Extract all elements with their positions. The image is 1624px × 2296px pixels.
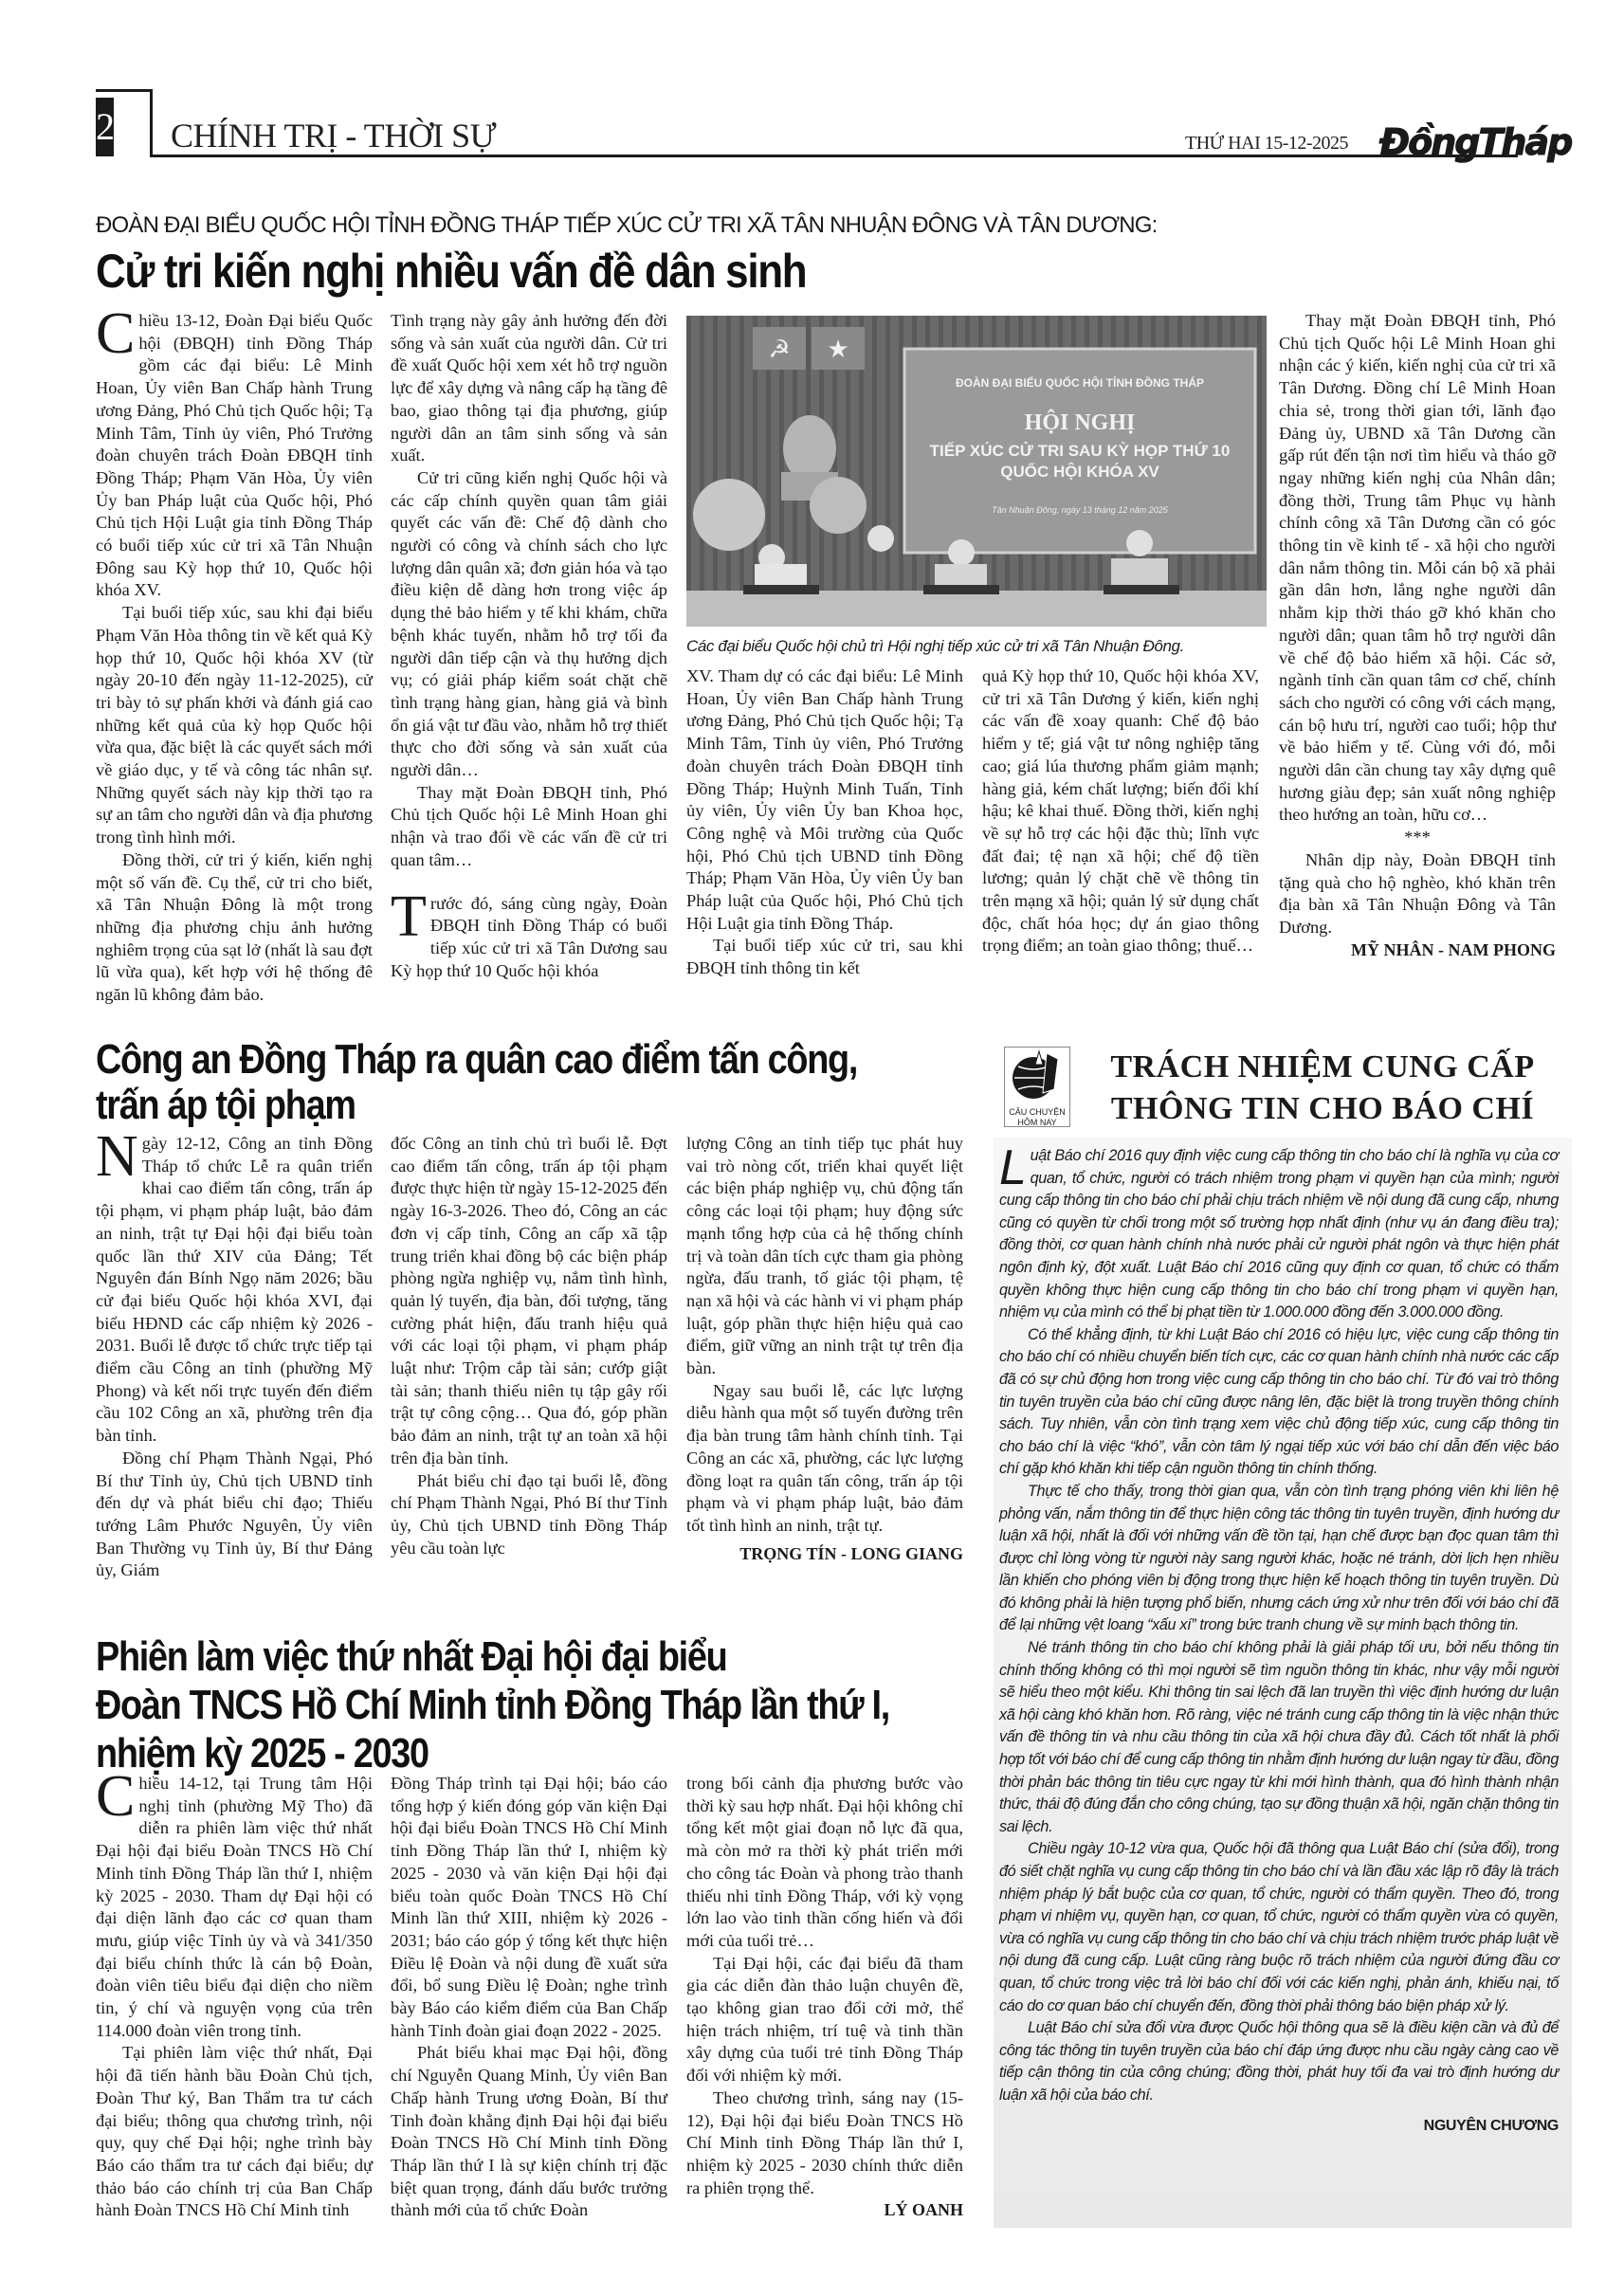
svg-text:Tân Nhuận Đông, ngày 13 tháng: Tân Nhuận Đông, ngày 13 tháng 12 năm 202… xyxy=(992,505,1169,515)
paragraph: Phát biểu chỉ đạo tại buổi lễ, đồng chí … xyxy=(391,1470,667,1560)
headline-line: trấn áp tội phạm xyxy=(96,1083,993,1128)
masthead-rule-top xyxy=(96,89,153,92)
article3-column-2: Đồng Tháp trình tại Đại hội; báo cáo tổn… xyxy=(391,1773,667,2222)
headline-line: Công an Đồng Tháp ra quân cao điểm tấn c… xyxy=(96,1037,993,1083)
conference-photo-illustration: ☭ ★ ĐOÀN ĐẠI BIỂU QUỐC HỘI TỈNH ĐỒNG THÁ… xyxy=(686,316,1267,627)
newspaper-logo: ĐồngTháp xyxy=(1379,121,1571,163)
paragraph: Đồng chí Phạm Thành Ngại, Phó Bí thư Tỉn… xyxy=(96,1448,373,1582)
section-title: CHÍNH TRỊ - THỜI SỰ xyxy=(171,116,496,155)
article1-column-3: XV. Tham dự có các đại biểu: Lê Minh Hoa… xyxy=(686,665,963,980)
byline: MỸ NHÂN - NAM PHONG xyxy=(1279,939,1556,962)
paragraph: XV. Tham dự có các đại biểu: Lê Minh Hoa… xyxy=(686,665,963,935)
article1-photo[interactable]: ☭ ★ ĐOÀN ĐẠI BIỂU QUỐC HỘI TỈNH ĐỒNG THÁ… xyxy=(686,316,1267,627)
paragraph: Tại buổi tiếp xúc cử tri, sau khi ĐBQH t… xyxy=(686,935,963,979)
title-line: TRÁCH NHIỆM CUNG CẤP xyxy=(1086,1047,1560,1088)
headline-line: nhiệm kỳ 2025 - 2030 xyxy=(96,1729,993,1777)
svg-text:★: ★ xyxy=(827,336,848,364)
svg-text:TIẾP XÚC CỬ TRI SAU KỲ HỌP THỨ: TIẾP XÚC CỬ TRI SAU KỲ HỌP THỨ 10 xyxy=(930,442,1231,460)
article2-column-2: đốc Công an tỉnh chủ trì buổi lễ. Đợt ca… xyxy=(391,1133,667,1559)
paragraph: Nhân dịp này, Đoàn ĐBQH tỉnh tặng quà ch… xyxy=(1279,849,1556,939)
headline-line: Đoàn TNCS Hồ Chí Minh tỉnh Đồng Tháp lần… xyxy=(96,1681,993,1729)
paragraph: Né tránh thông tin cho báo chí không phả… xyxy=(999,1637,1559,1838)
headline-line: Phiên làm việc thứ nhất Đại hội đại biểu xyxy=(96,1632,993,1681)
article1-column-4: quả Kỳ họp thứ 10, Quốc hội khóa XV, cử … xyxy=(982,665,1259,957)
paragraph: trong bối cảnh địa phương bước vào thời … xyxy=(686,1773,963,1953)
paragraph: Chiều ngày 10-12 vừa qua, Quốc hội đã th… xyxy=(999,1838,1559,2017)
paragraph: Tình trạng này gây ảnh hưởng đến đời sốn… xyxy=(391,310,667,467)
article1-kicker: ĐOÀN ĐẠI BIỂU QUỐC HỘI TỈNH ĐỒNG THÁP TI… xyxy=(96,212,1158,239)
paragraph: Phát biểu khai mạc Đại hội, đồng chí Ngu… xyxy=(391,2042,667,2222)
paragraph: Ngay sau buổi lễ, các lực lượng diễu hàn… xyxy=(686,1380,963,1538)
paragraph: hiều 13-12, Đoàn Đại biểu Quốc hội (ĐBQH… xyxy=(96,311,373,599)
article3-column-1: Chiều 14-12, tại Trung tâm Hội nghị tỉnh… xyxy=(96,1773,373,2222)
svg-text:☭: ☭ xyxy=(768,336,790,364)
paragraph: Tại buổi tiếp xúc, sau khi đại biểu Phạm… xyxy=(96,602,373,849)
dropcap: N xyxy=(96,1135,138,1178)
svg-text:ĐOÀN ĐẠI BIỂU QUỐC HỘI TỈNH ĐỒ: ĐOÀN ĐẠI BIỂU QUỐC HỘI TỈNH ĐỒNG THÁP xyxy=(956,375,1204,390)
paragraph: uật Báo chí 2016 quy định việc cung cấp … xyxy=(999,1147,1559,1321)
page-number: 2 xyxy=(96,98,114,156)
article2-headline[interactable]: Công an Đồng Tháp ra quân cao điểm tấn c… xyxy=(96,1037,993,1129)
article2-column-3: lượng Công an tỉnh tiếp tục phát huy vai… xyxy=(686,1133,963,1565)
svg-text:HỘI NGHỊ: HỘI NGHỊ xyxy=(1025,410,1136,435)
paragraph: Theo chương trình, sáng nay (15-12), Đại… xyxy=(686,2087,963,2200)
issue-date: THỨ HAI 15-12-2025 xyxy=(1185,133,1348,155)
masthead-rule-vertical xyxy=(150,89,153,157)
byline: TRỌNG TÍN - LONG GIANG xyxy=(686,1543,963,1566)
byline: NGUYÊN CHƯƠNG xyxy=(999,2115,1559,2138)
article3-headline[interactable]: Phiên làm việc thứ nhất Đại hội đại biểu… xyxy=(96,1632,993,1777)
paragraph: Luật Báo chí sửa đổi vừa được Quốc hội t… xyxy=(999,2017,1559,2106)
paragraph: Đồng Tháp trình tại Đại hội; báo cáo tổn… xyxy=(391,1773,667,2042)
svg-text:QUỐC HỘI KHÓA XV: QUỐC HỘI KHÓA XV xyxy=(1000,462,1159,481)
article1-column-1: Chiều 13-12, Đoàn Đại biểu Quốc hội (ĐBQ… xyxy=(96,310,373,1007)
article2-column-1: Ngày 12-12, Công an tỉnh Đồng Tháp tổ ch… xyxy=(96,1133,373,1582)
article1-headline[interactable]: Cử tri kiến nghị nhiều vấn đề dân sinh xyxy=(96,245,806,298)
opinion-body: Luật Báo chí 2016 quy định việc cung cấp… xyxy=(999,1145,1559,2137)
article1-column-2: Tình trạng này gây ảnh hưởng đến đời sốn… xyxy=(391,310,667,982)
byline: LÝ OANH xyxy=(686,2199,963,2222)
paragraph: đốc Công an tỉnh chủ trì buổi lễ. Đợt ca… xyxy=(391,1133,667,1470)
article1-column-5: Thay mặt Đoàn ĐBQH tỉnh, Phó Chủ tịch Qu… xyxy=(1279,310,1556,961)
photo-caption: Các đại biểu Quốc hội chủ trì Hội nghị t… xyxy=(686,637,1184,656)
separator-stars: *** xyxy=(1279,827,1556,849)
paragraph: Tại Đại hội, các đại biểu đã tham gia cá… xyxy=(686,1953,963,2087)
paragraph: hiều 14-12, tại Trung tâm Hội nghị tỉnh … xyxy=(96,1774,373,2040)
paragraph: Thay mặt Đoàn ĐBQH tỉnh, Phó Chủ tịch Qu… xyxy=(391,782,667,872)
paragraph: Thay mặt Đoàn ĐBQH tỉnh, Phó Chủ tịch Qu… xyxy=(1279,310,1556,827)
logo-label: CÂU CHUYỆN xyxy=(1005,1107,1069,1118)
dropcap: L xyxy=(999,1148,1027,1188)
paragraph: Thực tế cho thấy, trong thời gian qua, v… xyxy=(999,1481,1559,1637)
logo-label: HÔM NAY xyxy=(1005,1118,1069,1128)
dropcap: T xyxy=(391,895,427,938)
article3-column-3: trong bối cảnh địa phương bước vào thời … xyxy=(686,1773,963,2222)
paragraph: Tại phiên làm việc thứ nhất, Đại hội đã … xyxy=(96,2042,373,2222)
paragraph: Cử tri cũng kiến nghị Quốc hội và các cấ… xyxy=(391,467,667,782)
globe-pen-icon xyxy=(1005,1048,1069,1102)
paragraph: Đồng thời, cử tri ý kiến, kiến nghị một … xyxy=(96,849,373,1007)
paragraph: Có thể khẳng định, từ khi Luật Báo chí 2… xyxy=(999,1324,1559,1481)
paragraph: lượng Công an tỉnh tiếp tục phát huy vai… xyxy=(686,1133,963,1380)
opinion-title[interactable]: TRÁCH NHIỆM CUNG CẤP THÔNG TIN CHO BÁO C… xyxy=(1086,1047,1560,1130)
dropcap: C xyxy=(96,1775,135,1818)
dropcap: C xyxy=(96,312,135,355)
paragraph: rước đó, sáng cùng ngày, Đoàn ĐBQH tỉnh … xyxy=(391,894,667,980)
title-line: THÔNG TIN CHO BÁO CHÍ xyxy=(1086,1088,1560,1130)
masthead-rule xyxy=(153,155,1518,157)
paragraph: quả Kỳ họp thứ 10, Quốc hội khóa XV, cử … xyxy=(982,665,1259,957)
column-logo: CÂU CHUYỆN HÔM NAY xyxy=(1004,1047,1070,1127)
